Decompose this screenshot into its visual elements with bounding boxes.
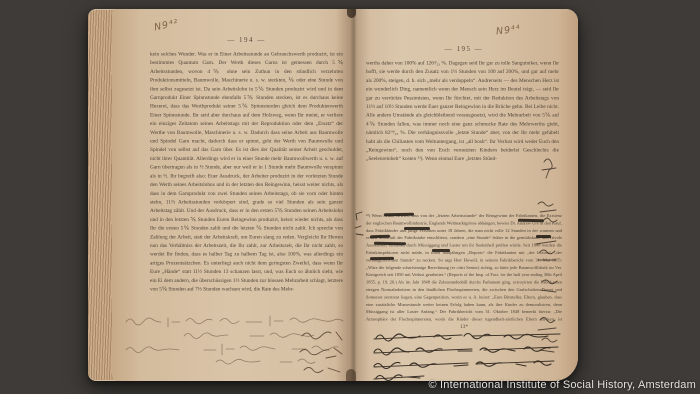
strikeout-bar	[370, 257, 394, 260]
page-number-left: — 194 —	[150, 36, 343, 44]
page-number-right: — 195 —	[366, 45, 562, 53]
left-page-body-column: kein solches Wunder. Was er in Einer Arb…	[150, 50, 344, 315]
strikeout-bar	[518, 219, 544, 222]
copyright-notice: © International Institute of Social Hist…	[428, 379, 696, 391]
signature-mark: 13*	[366, 324, 562, 330]
right-page-body-column: werths daher von 100% auf 126²⁄₂₃ %. Dag…	[366, 59, 563, 209]
spine-notch-top	[347, 9, 356, 18]
page-edges-texture	[88, 10, 114, 380]
footnote-32-text: ³²) Wenn Senior bewies, dass von der „le…	[366, 212, 562, 324]
strikeout-bar	[384, 213, 414, 216]
photograph: N9⁴² — 194 — kein solches Wunder. Was er…	[0, 0, 700, 394]
right-page-body-text: werths daher von 100% auf 126²⁄₂₃ %. Dag…	[366, 59, 559, 163]
open-book: N9⁴² — 194 — kein solches Wunder. Was er…	[88, 9, 578, 381]
strikeout-bar	[404, 227, 430, 230]
strikeout-bar	[536, 235, 551, 238]
spine-notch-bottom	[346, 369, 356, 381]
strikeout-bar	[374, 242, 406, 245]
strikeout-bar	[432, 249, 450, 252]
right-page-footnote-column: ³²) Wenn Senior bewies, dass von der „le…	[366, 212, 563, 324]
left-page-body-text: kein solches Wunder. Was er in Einer Arb…	[150, 50, 343, 294]
